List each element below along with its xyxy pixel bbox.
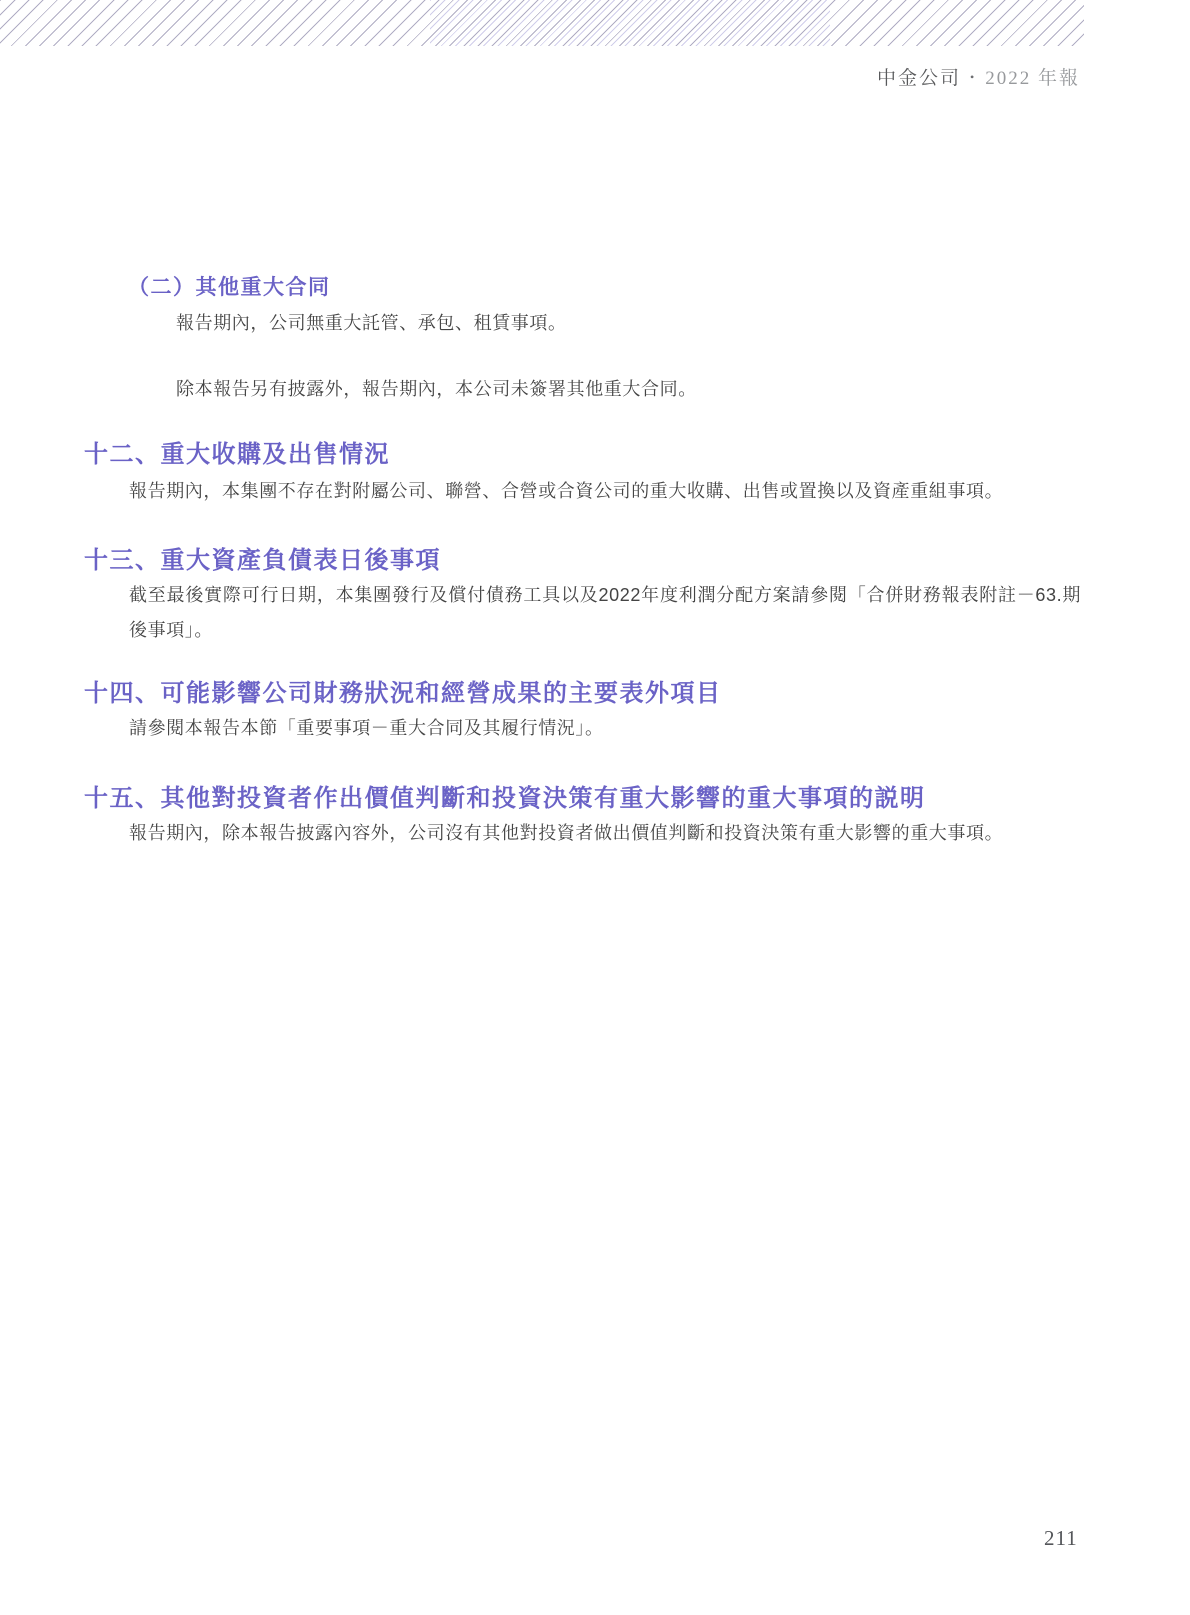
paragraph-other-material-matters-statement: 報告期內，除本報告披露內容外，公司沒有其他對投資者做出價值判斷和投資決策有重大影… [129, 816, 1081, 851]
report-page: 中金公司•2022 年報 （二）其他重大合同 報告期內，公司無重大託管、承包、租… [0, 0, 1190, 1615]
paragraph-post-balance-sheet-statement: 截至最後實際可行日期，本集團發行及償付債務工具以及2022年度利潤分配方案請參閱… [129, 578, 1081, 648]
section-heading-major-acquisitions: 十二、重大收購及出售情況 [84, 434, 390, 469]
running-header: 中金公司•2022 年報 [877, 63, 1080, 90]
hatch-pattern [0, 0, 1084, 46]
paragraph-acquisitions-statement: 報告期內，本集團不存在對附屬公司、聯營、合營或合資公司的重大收購、出售或置換以及… [129, 474, 1081, 509]
header-company-name: 中金公司 [877, 68, 961, 89]
page-number: 211 [1044, 1526, 1078, 1551]
section-heading-other-major-contracts: （二）其他重大合同 [128, 271, 331, 301]
paragraph-no-major-custody: 報告期內，公司無重大託管、承包、租賃事項。 [176, 306, 1081, 341]
paragraph-off-balance-sheet-reference: 請參閱本報告本節「重要事項－重大合同及其履行情況」。 [129, 711, 1081, 746]
section-heading-off-balance-sheet-items: 十四、可能影響公司財務狀況和經營成果的主要表外項目 [84, 673, 722, 708]
hatch-pattern-tint [430, 0, 830, 46]
section-heading-post-balance-sheet-events: 十三、重大資產負債表日後事項 [84, 540, 441, 575]
section-heading-other-material-matters: 十五、其他對投資者作出價值判斷和投資決策有重大影響的重大事項的説明 [84, 778, 926, 813]
header-report-title: 2022 年報 [985, 68, 1080, 89]
paragraph-no-other-contracts: 除本報告另有披露外，報告期內，本公司未簽署其他重大合同。 [176, 372, 1081, 407]
header-bullet-separator: • [961, 70, 985, 84]
